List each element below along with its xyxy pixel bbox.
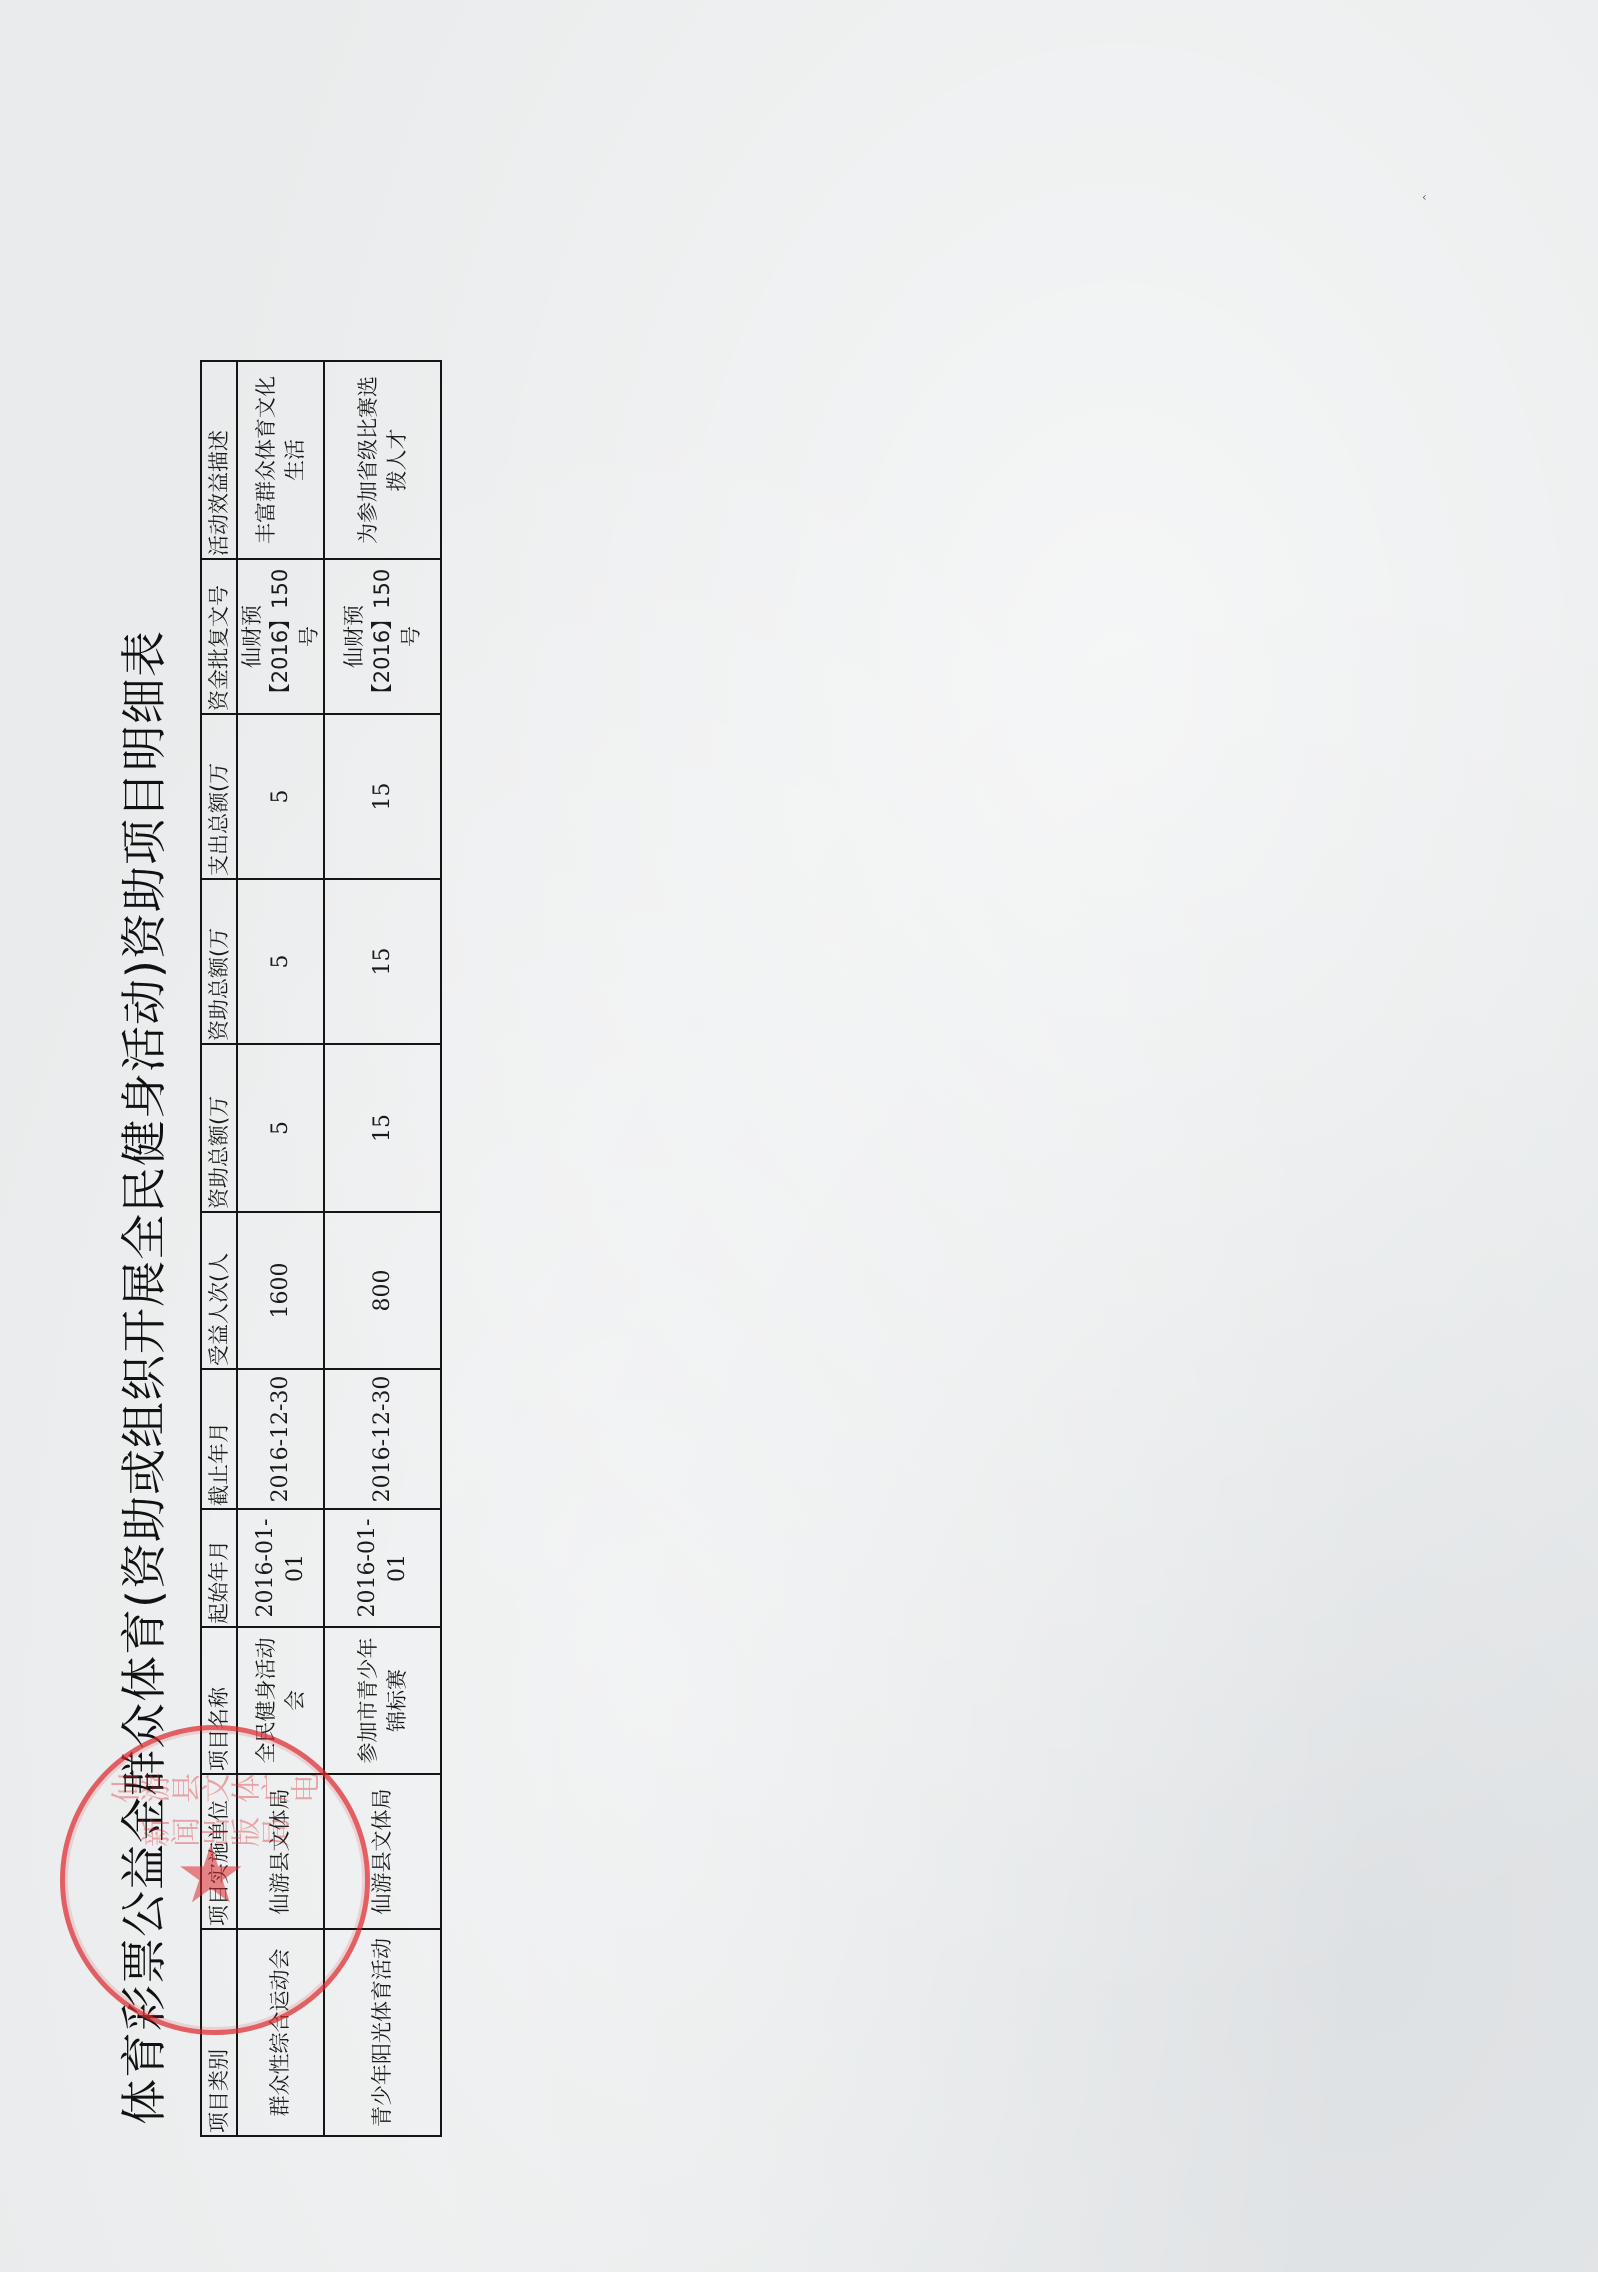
cell-end: 2016-12-30 bbox=[324, 1369, 441, 1509]
header-funding-total-1: 资助总额(万 bbox=[201, 1044, 237, 1212]
table-header-row: 项目类别 项目实施单位 项目名称 起始年月 截止年月 受益人次(人 资助总额(万… bbox=[201, 361, 237, 2136]
header-expenditure-total: 支出总额(万 bbox=[201, 714, 237, 879]
paper-speck: ‹ bbox=[1422, 190, 1427, 204]
cell-benefit-desc: 为参加省级比赛选拨人才 bbox=[324, 361, 441, 559]
cell-benefit-desc: 丰富群众体育文化生活 bbox=[237, 361, 324, 559]
cell-category: 群众性综合运动会 bbox=[237, 1929, 324, 2136]
cell-expenditure-total: 5 bbox=[237, 714, 324, 879]
cell-expenditure-total: 15 bbox=[324, 714, 441, 879]
cell-unit: 仙游县文体局 bbox=[324, 1774, 441, 1929]
funding-detail-table: 项目类别 项目实施单位 项目名称 起始年月 截止年月 受益人次(人 资助总额(万… bbox=[200, 360, 442, 2137]
header-end: 截止年月 bbox=[201, 1369, 237, 1509]
cell-name: 参加市青少年锦标赛 bbox=[324, 1627, 441, 1774]
cell-funding-total-1: 15 bbox=[324, 1044, 441, 1212]
header-name: 项目名称 bbox=[201, 1627, 237, 1774]
cell-category: 青少年阳光体育活动 bbox=[324, 1929, 441, 2136]
header-beneficiaries: 受益人次(人 bbox=[201, 1212, 237, 1369]
cell-end: 2016-12-30 bbox=[237, 1369, 324, 1509]
table-row: 群众性综合运动会 仙游县文体局 全民健身活动会 2016-01-01 2016-… bbox=[237, 361, 324, 2136]
cell-start: 2016-01-01 bbox=[237, 1509, 324, 1627]
cell-beneficiaries: 800 bbox=[324, 1212, 441, 1369]
cell-approval-doc: 仙财预【2016】150号 bbox=[237, 559, 324, 714]
document-page: 体育彩票公益金群众体育(资助或组织开展全民健身活动)资助项目明细表 项目类别 项… bbox=[100, 210, 430, 2200]
header-unit: 项目实施单位 bbox=[201, 1774, 237, 1929]
cell-funding-total-1: 5 bbox=[237, 1044, 324, 1212]
cell-unit: 仙游县文体局 bbox=[237, 1774, 324, 1929]
table-row: 青少年阳光体育活动 仙游县文体局 参加市青少年锦标赛 2016-01-01 20… bbox=[324, 361, 441, 2136]
header-approval-doc: 资金批复文号 bbox=[201, 559, 237, 714]
header-category: 项目类别 bbox=[201, 1929, 237, 2136]
cell-approval-doc: 仙财预【2016】150号 bbox=[324, 559, 441, 714]
header-start: 起始年月 bbox=[201, 1509, 237, 1627]
header-benefit-desc: 活动效益描述 bbox=[201, 361, 237, 559]
cell-name: 全民健身活动会 bbox=[237, 1627, 324, 1774]
cell-start: 2016-01-01 bbox=[324, 1509, 441, 1627]
cell-funding-total-2: 15 bbox=[324, 879, 441, 1044]
cell-funding-total-2: 5 bbox=[237, 879, 324, 1044]
header-funding-total-2: 资助总额(万 bbox=[201, 879, 237, 1044]
cell-beneficiaries: 1600 bbox=[237, 1212, 324, 1369]
page-title: 体育彩票公益金群众体育(资助或组织开展全民健身活动)资助项目明细表 bbox=[108, 625, 174, 2125]
